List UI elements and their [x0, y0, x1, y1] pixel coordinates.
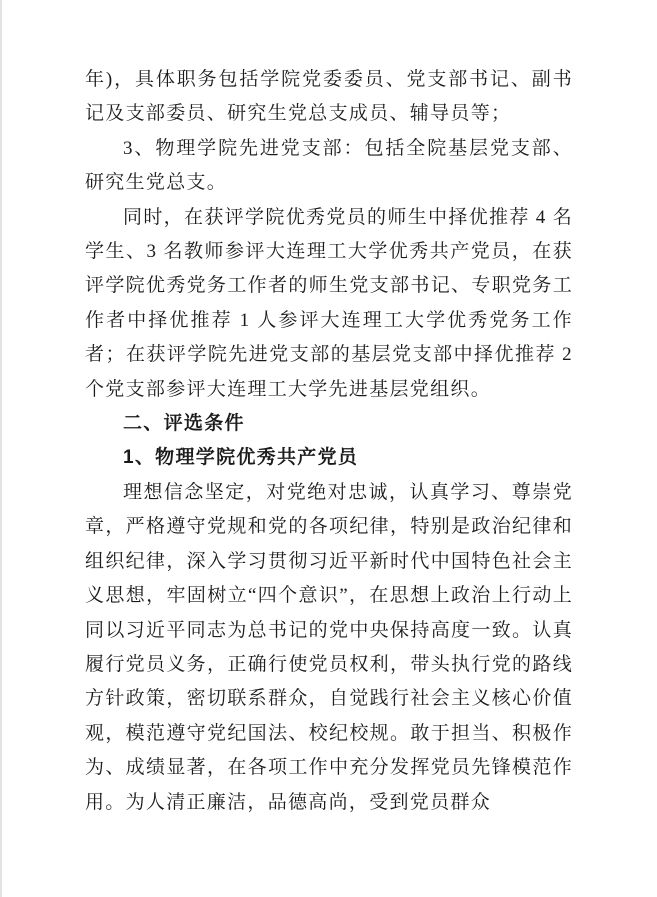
paragraph: 3、物理学院先进党支部：包括全院基层党支部、研究生党总支。	[85, 132, 573, 201]
document-body: 年)，具体职务包括学院党委委员、党支部书记、副书记及支部委员、研究生党总支成员、…	[85, 63, 573, 820]
document-page: 年)，具体职务包括学院党委委员、党支部书记、副书记及支部委员、研究生党总支成员、…	[0, 0, 657, 897]
paragraph: 年)，具体职务包括学院党委委员、党支部书记、副书记及支部委员、研究生党总支成员、…	[85, 63, 573, 132]
paragraph: 同时，在获评学院优秀党员的师生中择优推荐 4 名学生、3 名教师参评大连理工大学…	[85, 201, 573, 407]
paragraph: 理想信念坚定，对党绝对忠诚，认真学习、尊崇党章，严格遵守党规和党的各项纪律，特别…	[85, 476, 573, 820]
section-heading: 1、物理学院优秀共产党员	[85, 441, 573, 475]
page-left-edge	[0, 0, 2, 897]
section-heading: 二、评选条件	[85, 407, 573, 441]
